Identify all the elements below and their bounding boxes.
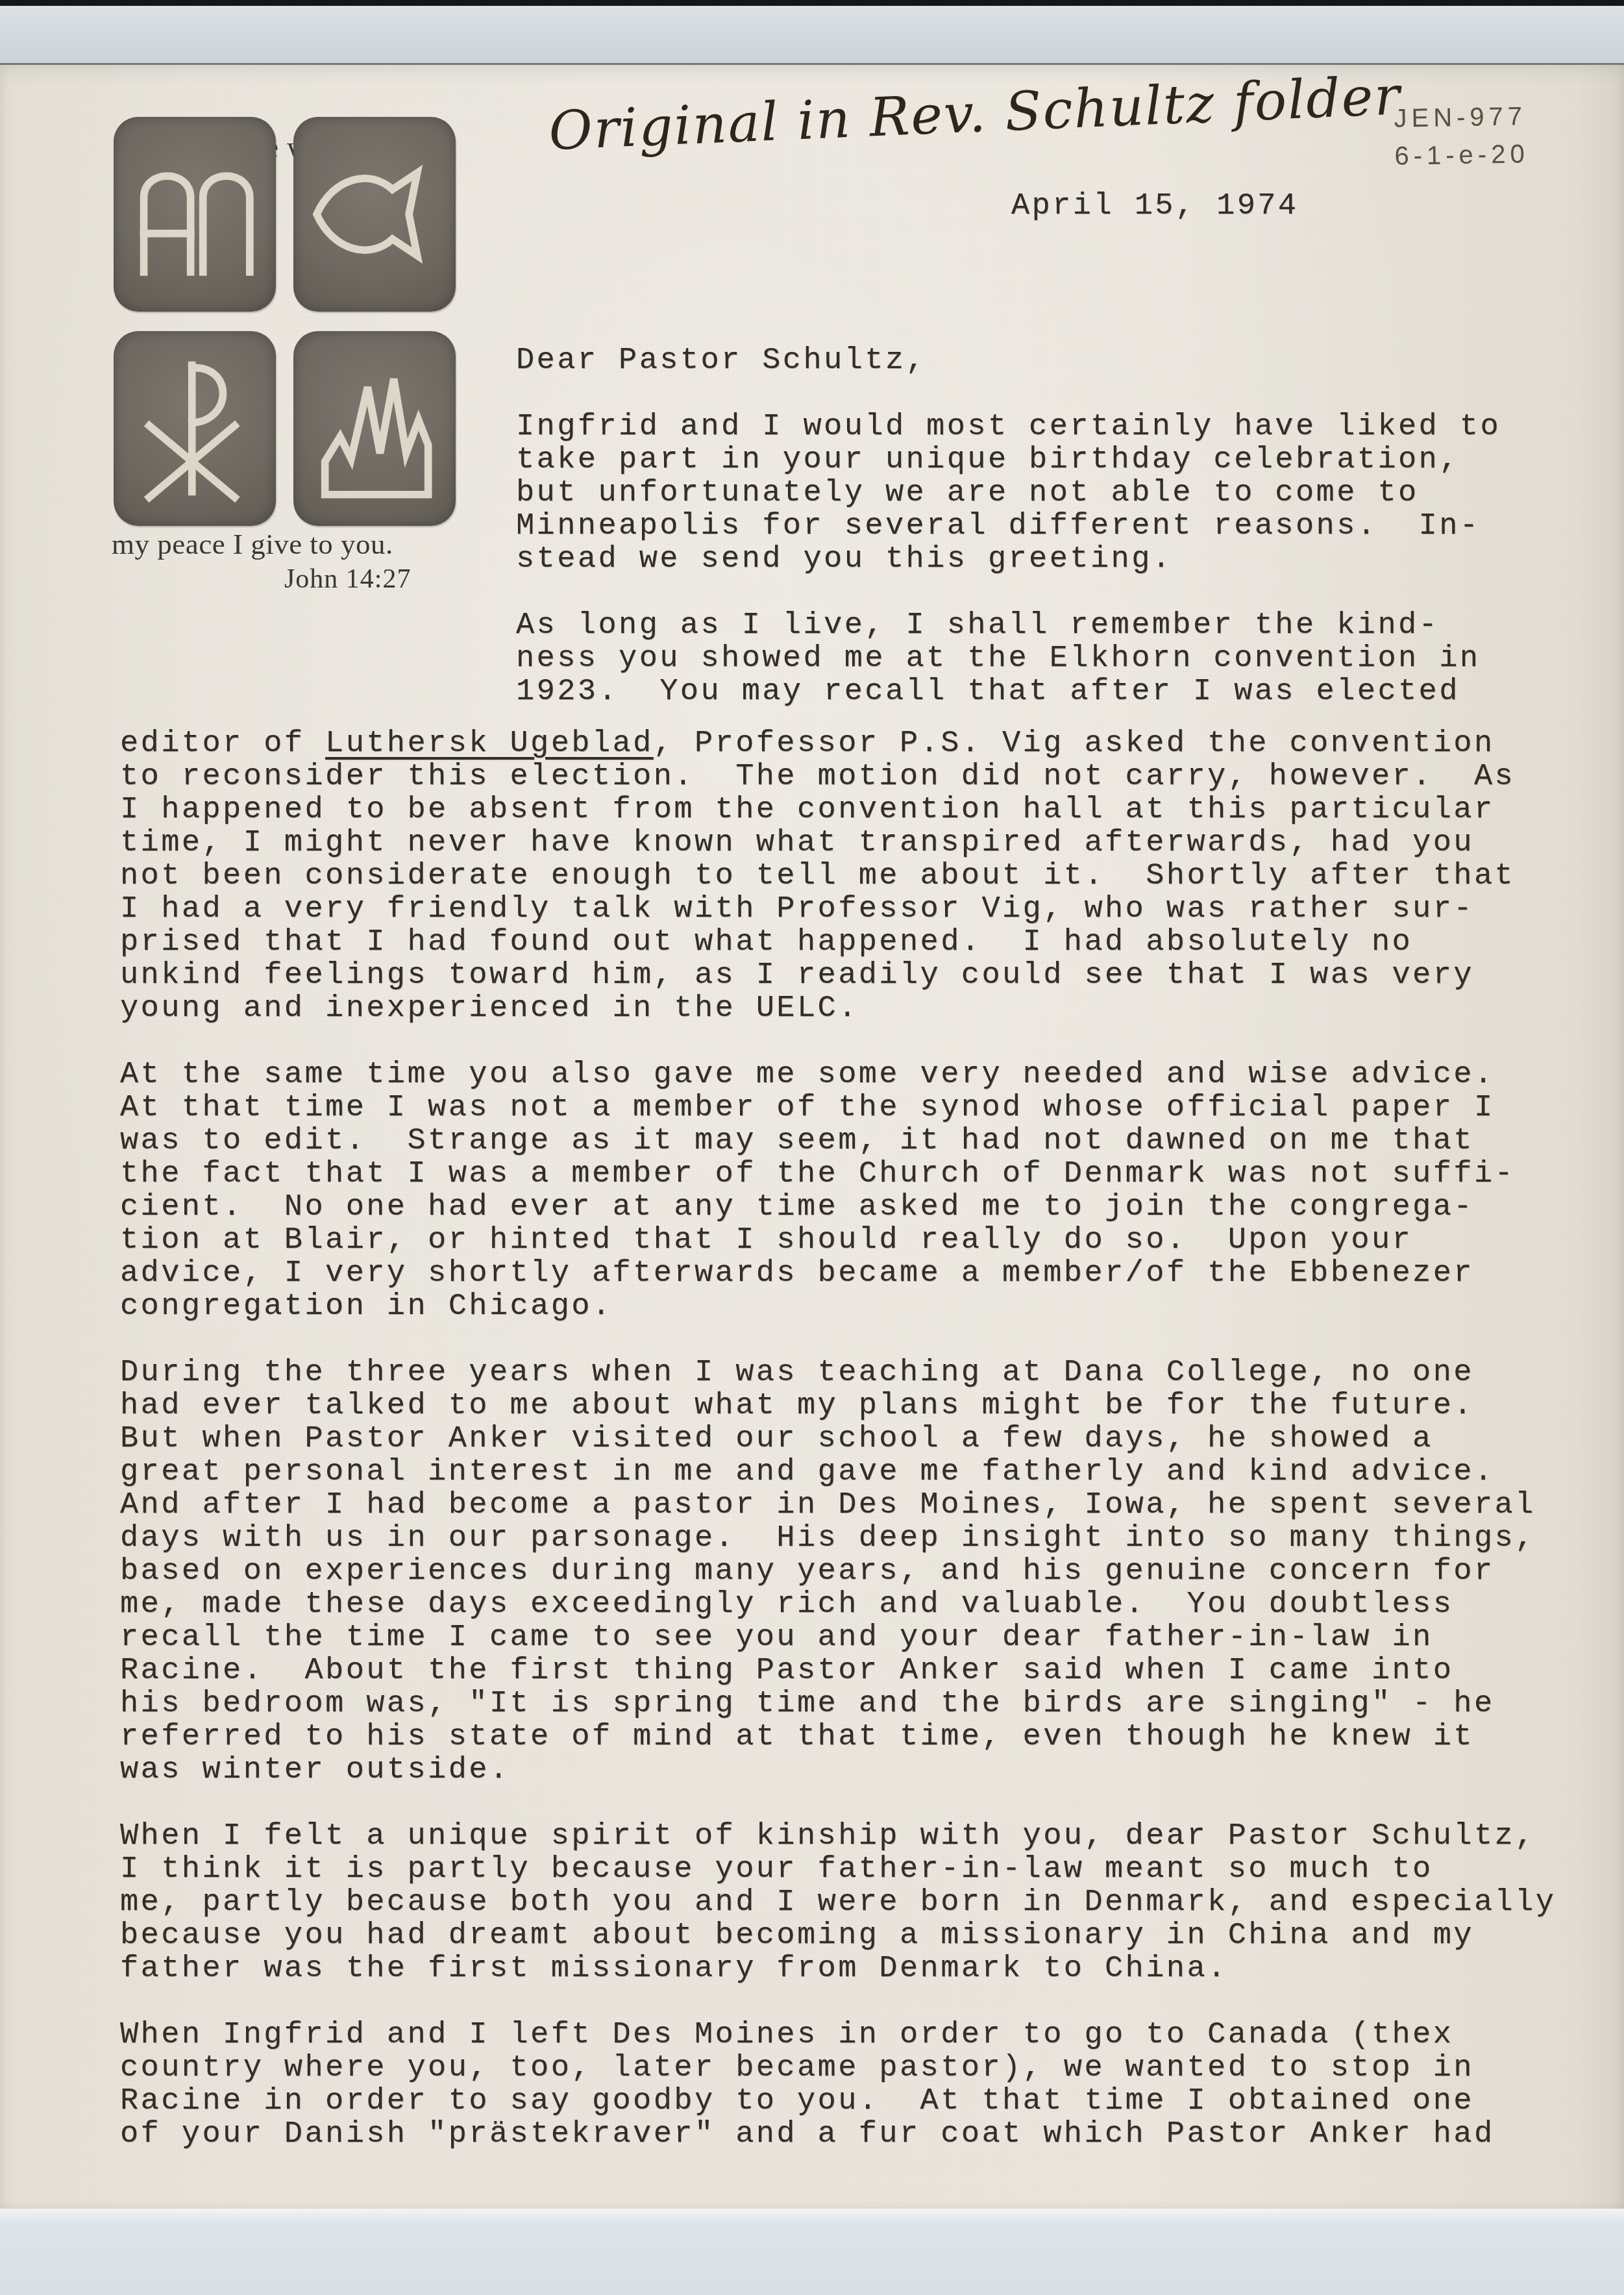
- letter-body-block: to reconsider this election. The motion …: [120, 760, 1556, 2151]
- alpha-omega-icon: [114, 117, 276, 312]
- pencil-archival-code: JEN-977 6-1-e-20: [1394, 97, 1529, 175]
- crown-icon: [293, 331, 456, 526]
- letterhead-symbol-grid: [114, 117, 456, 526]
- letter-intro-block: Dear Pastor Schultz, Ingfrid and I would…: [516, 344, 1501, 708]
- letterhead-verse-bottom: my peace I give to you.: [112, 527, 393, 561]
- scanner-edge-strip: [0, 0, 1624, 6]
- archival-code-line1: JEN-977: [1394, 102, 1527, 133]
- letter-date: April 15, 1974: [1011, 190, 1298, 223]
- editor-line-post: , Professor P.S. Vig asked the conventio…: [654, 726, 1495, 761]
- letter-paper: peace I leave with you;: [0, 63, 1624, 2211]
- scanner-background-bottom: [0, 2209, 1624, 2295]
- letterhead-verse-reference: John 14:27: [284, 564, 412, 595]
- editor-line-pre: editor of: [120, 726, 325, 761]
- underlined-publication-name: Luthersk Ugeblad: [325, 726, 654, 761]
- chi-rho-icon: [114, 331, 276, 526]
- chi-rho-glyph: [126, 345, 264, 512]
- scanner-background-top: [0, 6, 1624, 63]
- scanned-letter-page: peace I leave with you;: [0, 0, 1624, 2295]
- alpha-omega-glyph: [126, 130, 264, 298]
- handwritten-filing-note: Original in Rev. Schultz folder: [548, 66, 1394, 162]
- letter-editor-line: editor of Luthersk Ugeblad, Professor P.…: [120, 727, 1495, 760]
- archival-code-line2: 6-1-e-20: [1394, 140, 1529, 171]
- fish-icon: [293, 117, 456, 312]
- crown-glyph: [306, 345, 443, 512]
- fish-glyph: [306, 130, 443, 298]
